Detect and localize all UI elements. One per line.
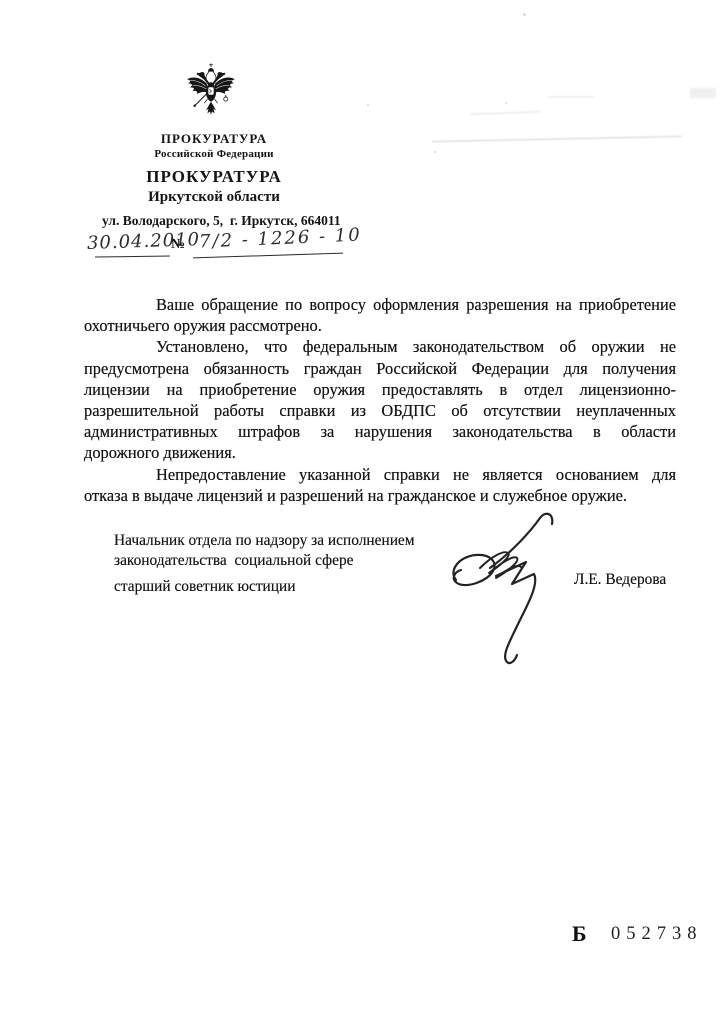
signer-rank: старший советник юстиции [114, 578, 296, 596]
body-line: охотничьего оружия рассмотрено. [84, 315, 676, 336]
form-series: Б [572, 921, 587, 947]
erased-trace [432, 135, 682, 142]
erased-trace [470, 111, 540, 115]
body-line: Установлено, что федеральным законодател… [84, 336, 676, 357]
body-line: административных штрафов за нарушения за… [84, 421, 676, 442]
signer-name: Л.Е. Ведерова [574, 571, 666, 589]
coat-of-arms-icon [183, 62, 239, 122]
body-line: предусмотрена обязанность граждан Россий… [84, 358, 676, 379]
erased-trace [548, 96, 594, 98]
body-line: Ваше обращение по вопросу оформления раз… [84, 294, 676, 315]
org-name-federal: ПРОКУРАТУРА [84, 131, 344, 147]
date-underline [95, 255, 170, 257]
body-line: Непредоставление указанной справки не яв… [84, 464, 676, 485]
signer-position: Начальник отдела по надзору за исполнени… [114, 531, 415, 571]
form-number: 052738 [611, 924, 703, 945]
org-name-federal-sub: Российской Федерации [84, 148, 344, 160]
scanned-letter-page: ПРОКУРАТУРА Российской Федерации ПРОКУРА… [0, 0, 724, 1024]
org-name-regional-sub: Иркутской области [84, 189, 344, 206]
scan-speck [367, 104, 369, 106]
scan-speck [505, 102, 507, 104]
scan-speck [434, 151, 436, 153]
body-line: лицензии на приобретение оружия предоста… [84, 379, 676, 400]
number-sign: № [171, 237, 185, 253]
handwritten-signature-icon [436, 504, 586, 668]
letterhead: ПРОКУРАТУРА Российской Федерации ПРОКУРА… [84, 131, 344, 206]
number-underline [193, 253, 343, 259]
body-line: разрешительной работы справки из ОБДПС о… [84, 400, 676, 421]
signer-position-line1: Начальник отдела по надзору за исполнени… [114, 531, 415, 551]
erased-trace [690, 88, 716, 98]
body-line: отказа в выдаче лицензий и разрешений на… [84, 485, 676, 506]
body-line: дорожного движения. [84, 442, 676, 463]
signer-position-line2: законодательства социальной сфере [114, 551, 415, 571]
org-name-regional: ПРОКУРАТУРА [84, 167, 344, 187]
scan-speck [523, 13, 526, 16]
body-text: Ваше обращение по вопросу оформления раз… [84, 294, 676, 506]
